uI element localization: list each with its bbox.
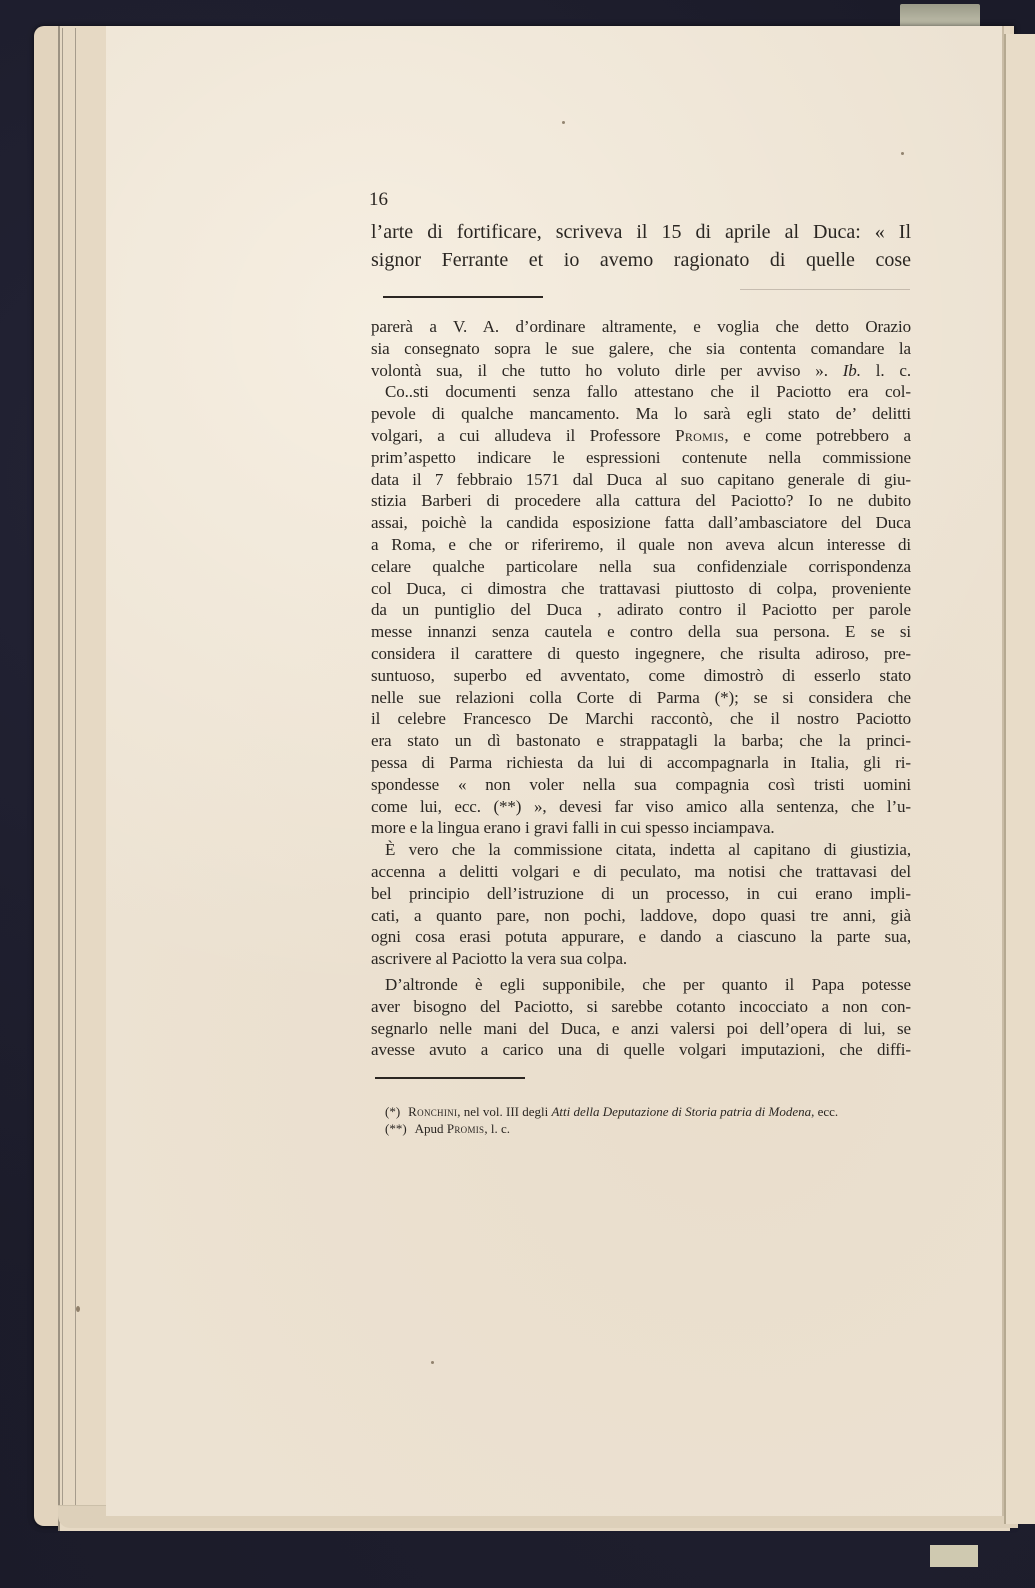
text-line: segnarlo nelle mani del Duca, e anzi val… <box>371 1018 911 1040</box>
text-line: bel principio dell’istruzione di un proc… <box>371 883 911 905</box>
text-line: avesse avuto a carico una di quelle volg… <box>371 1039 911 1061</box>
text-line: pevole di qualche mancamento. Ma lo sarà… <box>371 403 911 425</box>
section-rule <box>383 296 543 298</box>
footnote-author: Ronchini <box>408 1104 457 1119</box>
footnote-title: Atti della Deputazione di Storia patria … <box>551 1104 811 1119</box>
text-line: da un puntiglio del Duca , adirato contr… <box>371 599 911 621</box>
paper-speck <box>901 152 904 155</box>
text-line: parerà a V. A. d’ordinare altramente, e … <box>371 316 911 338</box>
text-line: cati, a quanto pare, non pochi, laddove,… <box>371 905 911 927</box>
facing-page-edge <box>1004 34 1035 1524</box>
text-line: ogni cosa erasi potuta appurare, e dando… <box>371 926 911 948</box>
lead-line: l’arte di fortificare, scriveva il 15 di… <box>371 218 911 246</box>
text-line: a Roma, e che or riferiremo, il quale no… <box>371 534 911 556</box>
text-line: ascrivere al Paciotto la vera sua colpa. <box>371 948 911 970</box>
citation-ib: Ib. <box>843 361 861 380</box>
text-line: era stato un dì bastonato e strappatagli… <box>371 730 911 752</box>
text-line: prim’aspetto indicare le espressioni con… <box>371 447 911 469</box>
text-line: Co..sti documenti senza fallo attestano … <box>371 381 911 403</box>
body-text: parerà a V. A. d’ordinare altramente, e … <box>371 316 911 1061</box>
text-line: stizia Barberi di procedere alla cattura… <box>371 490 911 512</box>
text-line: nelle sue relazioni colla Corte di Parma… <box>371 687 911 709</box>
lead-paragraph: l’arte di fortificare, scriveva il 15 di… <box>371 218 911 274</box>
footnote-mark: (**) <box>385 1121 407 1136</box>
text-line: spondesse « non voler nella sua compagni… <box>371 774 911 796</box>
paper-speck <box>431 1361 434 1364</box>
text-line: data il 7 febbraio 1571 dal Duca al suo … <box>371 469 911 491</box>
name-promis: Promis <box>675 426 724 445</box>
text-line: suntuoso, superbo ed avventato, come dim… <box>371 665 911 687</box>
footnote-author: Promis <box>447 1121 485 1136</box>
text-line: more e la lingua erano i gravi falli in … <box>371 817 911 839</box>
footnote-mark: (*) <box>385 1104 400 1119</box>
text-line: pessa di Parma richiesta da lui di accom… <box>371 752 911 774</box>
footnote-2: (**)Apud Promis, l. c. <box>385 1120 911 1137</box>
text-line: celare qualche particolare nella sua con… <box>371 556 911 578</box>
lead-line: signor Ferrante et io avemo ragionato di… <box>371 246 911 274</box>
page-edge-line <box>62 28 63 1518</box>
page-number: 16 <box>369 188 911 212</box>
text-line: volontà sua, il che tutto ho voluto dirl… <box>371 360 911 382</box>
text-line: considera il carattere di questo ingegne… <box>371 643 911 665</box>
paper-speck <box>76 1306 80 1312</box>
text-block: 16 l’arte di fortificare, scriveva il 15… <box>371 188 911 1137</box>
text-line: volgari, a cui alludeva il Professore Pr… <box>371 425 911 447</box>
binding-tab-bottom <box>930 1545 978 1567</box>
text-line: aver bisogno del Paciotto, si sarebbe co… <box>371 996 911 1018</box>
text-line: il celebre Francesco De Marchi raccontò,… <box>371 708 911 730</box>
footnote-rule <box>375 1077 525 1079</box>
text-line: assai, poichè la candida esposizione fat… <box>371 512 911 534</box>
paper-speck <box>562 121 565 124</box>
text-line: È vero che la commissione citata, indett… <box>371 839 911 861</box>
text-line: col Duca, ci dimostra che trattavasi piu… <box>371 578 911 600</box>
footnote-1: (*)Ronchini, nel vol. III degli Atti del… <box>385 1103 911 1120</box>
page-edge-line <box>75 28 76 1518</box>
text-line: D’altronde è egli supponibile, che per q… <box>371 974 911 996</box>
footnotes: (*)Ronchini, nel vol. III degli Atti del… <box>385 1103 911 1137</box>
text-line: accenna a delitti volgari e di peculato,… <box>371 861 911 883</box>
text-line: come lui, ecc. (**) », devesi far viso a… <box>371 796 911 818</box>
text-line: sia consegnato sopra le sue galere, che … <box>371 338 911 360</box>
text-line: messe innanzi senza cautela e contro del… <box>371 621 911 643</box>
